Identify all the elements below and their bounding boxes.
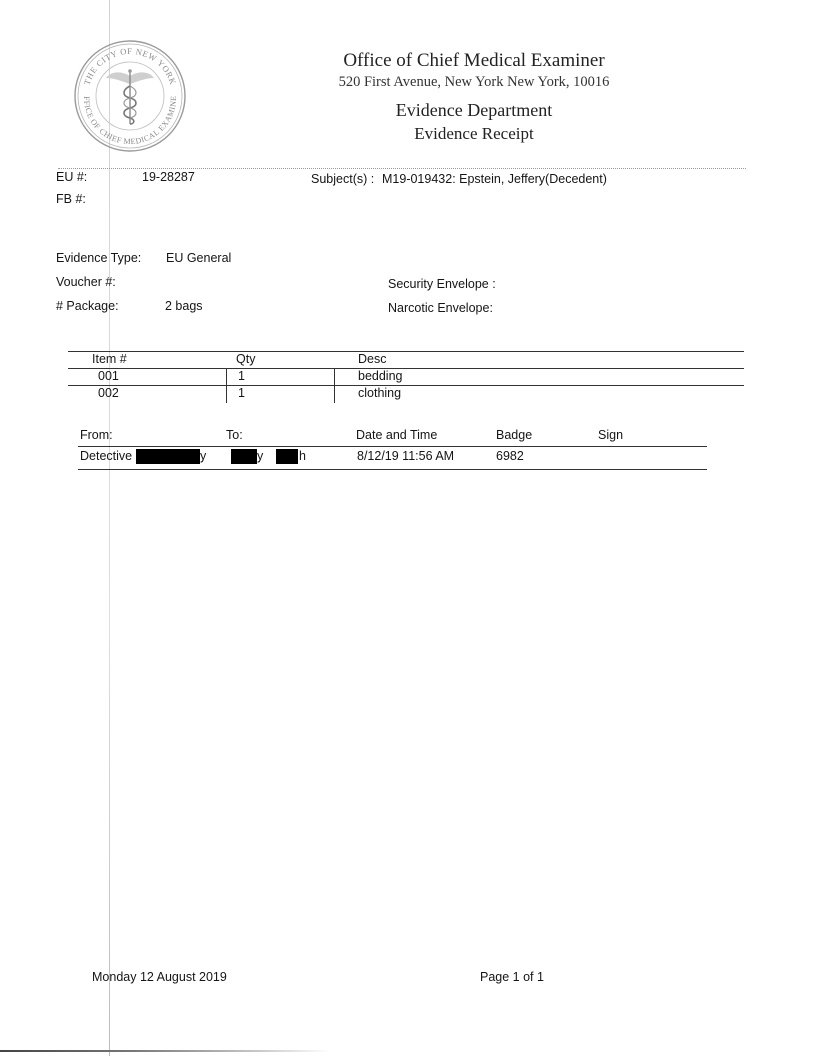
column-divider bbox=[226, 368, 227, 403]
from-name-suffix: y bbox=[200, 449, 206, 463]
column-header-desc: Desc bbox=[358, 352, 386, 366]
column-header-sign: Sign bbox=[598, 428, 623, 442]
scan-artifact-edge bbox=[0, 1050, 330, 1052]
badge-number: 6982 bbox=[496, 449, 524, 463]
redaction-bar bbox=[136, 449, 200, 464]
page-number: Page 1 of 1 bbox=[480, 970, 544, 984]
column-header-from: From: bbox=[80, 428, 113, 442]
item-qty: 1 bbox=[238, 386, 245, 400]
table-rule bbox=[68, 385, 744, 386]
table-rule bbox=[68, 368, 744, 369]
voucher-label: Voucher #: bbox=[56, 275, 116, 289]
package-value: 2 bags bbox=[165, 299, 203, 313]
item-qty: 1 bbox=[238, 369, 245, 383]
from-title: Detective bbox=[80, 449, 132, 463]
scan-artifact-line bbox=[109, 0, 110, 1056]
office-address: 520 First Avenue, New York New York, 100… bbox=[290, 74, 658, 91]
column-header-date-time: Date and Time bbox=[356, 428, 437, 442]
redaction-bar bbox=[231, 449, 257, 464]
column-header-item: Item # bbox=[92, 352, 127, 366]
security-envelope-label: Security Envelope : bbox=[388, 277, 496, 291]
redaction-bar bbox=[276, 449, 298, 464]
table-rule bbox=[78, 469, 707, 470]
to-name-part: y bbox=[257, 449, 263, 463]
column-header-badge: Badge bbox=[496, 428, 532, 442]
item-number: 001 bbox=[98, 369, 119, 383]
department-title: Evidence Department bbox=[290, 100, 658, 121]
header-divider bbox=[58, 168, 746, 169]
table-rule bbox=[68, 351, 744, 352]
transfer-date-time: 8/12/19 11:56 AM bbox=[357, 449, 454, 463]
footer-date: Monday 12 August 2019 bbox=[92, 970, 227, 984]
evidence-type-value: EU General bbox=[166, 251, 231, 265]
fb-number-label: FB #: bbox=[56, 192, 86, 206]
document-title: Evidence Receipt bbox=[290, 124, 658, 144]
item-number: 002 bbox=[98, 386, 119, 400]
column-divider bbox=[334, 368, 335, 403]
subject-label: Subject(s) : bbox=[311, 172, 374, 186]
column-header-to: To: bbox=[226, 428, 243, 442]
subject-value: M19-019432: Epstein, Jeffery(Decedent) bbox=[382, 172, 607, 186]
item-desc: bedding bbox=[358, 369, 403, 383]
table-rule bbox=[78, 446, 707, 447]
eu-number-label: EU #: bbox=[56, 170, 87, 184]
evidence-type-label: Evidence Type: bbox=[56, 251, 141, 265]
package-label: # Package: bbox=[56, 299, 119, 313]
narcotic-envelope-label: Narcotic Envelope: bbox=[388, 301, 493, 315]
office-title: Office of Chief Medical Examiner bbox=[290, 50, 658, 72]
item-desc: clothing bbox=[358, 386, 401, 400]
column-header-qty: Qty bbox=[236, 352, 255, 366]
eu-number-value: 19-28287 bbox=[142, 170, 195, 184]
caduceus-seal-icon: THE CITY OF NEW YORK OFFICE OF CHIEF MED… bbox=[66, 36, 194, 154]
to-name-suffix: h bbox=[299, 449, 306, 463]
